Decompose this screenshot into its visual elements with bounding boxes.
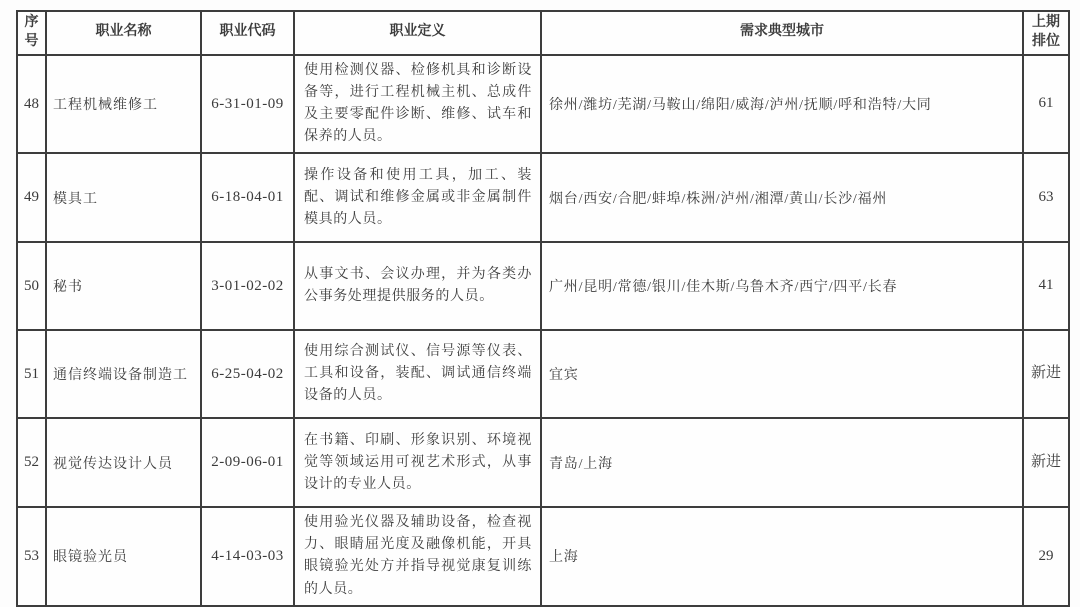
cell-demand-cities: 烟台/西安/合肥/蚌埠/株洲/泸州/湘潭/黄山/长沙/福州 xyxy=(541,153,1023,242)
cell-occupation-code: 3-01-02-02 xyxy=(201,242,294,330)
table-row: 53 眼镜验光员 4-14-03-03 使用验光仪器及辅助设备，检查视力、眼睛屈… xyxy=(17,507,1069,605)
cell-occupation-name: 通信终端设备制造工 xyxy=(46,330,201,418)
cell-index: 52 xyxy=(17,418,46,507)
table-row: 48 工程机械维修工 6-31-01-09 使用检测仪器、检修机具和诊断设备等，… xyxy=(17,55,1069,153)
cell-prev-rank: 41 xyxy=(1023,242,1069,330)
cell-occupation-name: 秘书 xyxy=(46,242,201,330)
header-code: 职业代码 xyxy=(201,11,294,55)
cell-occupation-name: 工程机械维修工 xyxy=(46,55,201,153)
cell-prev-rank: 29 xyxy=(1023,507,1069,605)
header-name: 职业名称 xyxy=(46,11,201,55)
cell-occupation-name: 模具工 xyxy=(46,153,201,242)
cell-index: 48 xyxy=(17,55,46,153)
cell-prev-rank: 63 xyxy=(1023,153,1069,242)
table-header-row: 序号 职业名称 职业代码 职业定义 需求典型城市 上期排位 xyxy=(17,11,1069,55)
cell-demand-cities: 青岛/上海 xyxy=(541,418,1023,507)
table-row: 49 模具工 6-18-04-01 操作设备和使用工具，加工、装配、调试和维修金… xyxy=(17,153,1069,242)
cell-occupation-definition: 操作设备和使用工具，加工、装配、调试和维修金属或非金属制件模具的人员。 xyxy=(294,153,541,242)
table-row: 52 视觉传达设计人员 2-09-06-01 在书籍、印刷、形象识别、环境视觉等… xyxy=(17,418,1069,507)
cell-demand-cities: 宜宾 xyxy=(541,330,1023,418)
table-row: 50 秘书 3-01-02-02 从事文书、会议办理，并为各类办公事务处理提供服… xyxy=(17,242,1069,330)
occupation-demand-table: 序号 职业名称 职业代码 职业定义 需求典型城市 上期排位 48 工程机械维修工… xyxy=(16,10,1070,607)
cell-occupation-code: 6-25-04-02 xyxy=(201,330,294,418)
cell-occupation-definition: 在书籍、印刷、形象识别、环境视觉等领域运用可视艺术形式，从事设计的专业人员。 xyxy=(294,418,541,507)
document-page: 序号 职业名称 职业代码 职业定义 需求典型城市 上期排位 48 工程机械维修工… xyxy=(0,0,1080,607)
cell-index: 50 xyxy=(17,242,46,330)
cell-prev-rank: 61 xyxy=(1023,55,1069,153)
cell-occupation-definition: 使用验光仪器及辅助设备，检查视力、眼睛屈光度及融像机能，开具眼镜验光处方并指导视… xyxy=(294,507,541,605)
cell-prev-rank: 新进 xyxy=(1023,330,1069,418)
cell-occupation-name: 眼镜验光员 xyxy=(46,507,201,605)
cell-prev-rank: 新进 xyxy=(1023,418,1069,507)
cell-index: 53 xyxy=(17,507,46,605)
cell-occupation-code: 6-31-01-09 xyxy=(201,55,294,153)
cell-demand-cities: 上海 xyxy=(541,507,1023,605)
cell-occupation-code: 2-09-06-01 xyxy=(201,418,294,507)
header-cities: 需求典型城市 xyxy=(541,11,1023,55)
cell-occupation-definition: 使用综合测试仪、信号源等仪表、工具和设备，装配、调试通信终端设备的人员。 xyxy=(294,330,541,418)
cell-occupation-code: 4-14-03-03 xyxy=(201,507,294,605)
header-definition: 职业定义 xyxy=(294,11,541,55)
cell-occupation-definition: 从事文书、会议办理，并为各类办公事务处理提供服务的人员。 xyxy=(294,242,541,330)
cell-index: 51 xyxy=(17,330,46,418)
cell-occupation-definition: 使用检测仪器、检修机具和诊断设备等，进行工程机械主机、总成件及主要零配件诊断、维… xyxy=(294,55,541,153)
table-row: 51 通信终端设备制造工 6-25-04-02 使用综合测试仪、信号源等仪表、工… xyxy=(17,330,1069,418)
cell-index: 49 xyxy=(17,153,46,242)
cell-demand-cities: 广州/昆明/常德/银川/佳木斯/乌鲁木齐/西宁/四平/长春 xyxy=(541,242,1023,330)
header-prev-rank: 上期排位 xyxy=(1023,11,1069,55)
cell-occupation-code: 6-18-04-01 xyxy=(201,153,294,242)
header-index: 序号 xyxy=(17,11,46,55)
cell-occupation-name: 视觉传达设计人员 xyxy=(46,418,201,507)
cell-demand-cities: 徐州/潍坊/芜湖/马鞍山/绵阳/威海/泸州/抚顺/呼和浩特/大同 xyxy=(541,55,1023,153)
